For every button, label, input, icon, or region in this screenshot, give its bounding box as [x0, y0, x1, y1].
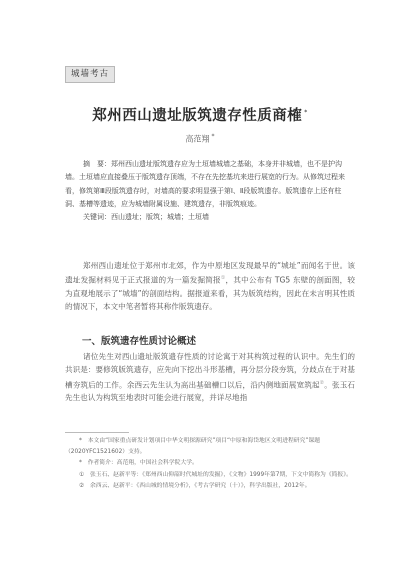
footnotes: * 本文由“国家重点研发计划项目中华文明探源研究”项目“中原和海岱地区文明进程研… — [65, 436, 355, 492]
title-text: 郑州西山遗址版筑遗存性质商榷 — [92, 108, 302, 124]
title-footnote-mark: * — [304, 109, 308, 116]
article-title: 郑州西山遗址版筑遗存性质商榷* — [0, 104, 400, 125]
abstract: 摘 要：郑州西山遗址版筑遗存应为土垣墙城墙之基础，本身并非城墙，也不是护沟墙。土… — [65, 158, 355, 224]
abstract-paragraph: 摘 要：郑州西山遗址版筑遗存应为土垣墙城墙之基础，本身并非城墙，也不是护沟墙。土… — [65, 158, 355, 211]
author-footnote-mark: * — [212, 133, 215, 140]
body-paragraph-2: 诸位先生对西山遗址版筑遗存性质的讨论寓于对其构筑过程的认识中。先生们的共识是：要… — [65, 350, 355, 405]
keywords-line: 关键词：西山遗址；版筑；城墙；土垣墙 — [65, 211, 355, 224]
footnote-funding: * 本文由“国家重点研发计划项目中华文明探源研究”项目“中原和海岱地区文明进程研… — [65, 436, 355, 458]
keywords-label: 关键词： — [83, 213, 111, 221]
paragraph-text: 诸位先生对西山遗址版筑遗存性质的讨论寓于对其构筑过程的认识中。先生们的共识是：要… — [65, 352, 355, 389]
footnote-1: ① 张玉石、赵新平等：《郑州西山仰韶时代城址的发掘》，《文物》1999年第7期，… — [65, 470, 355, 481]
footnote-divider — [65, 432, 129, 433]
footnote-author-bio: * 作者简介：高范翔，中国社会科学院大学。 — [65, 458, 355, 469]
section-heading-1: 一、版筑遗存性质讨论概述 — [82, 333, 196, 347]
abstract-label: 摘 要： — [83, 160, 111, 168]
author-name: 高范翔 — [186, 135, 210, 144]
body-paragraph-1: 郑州西山遗址位于郑州市北郊，作为中原地区发现最早的“城址”而闻名于世。该遗址发掘… — [65, 259, 355, 314]
article-author: 高范翔* — [0, 133, 400, 145]
keywords-text: 西山遗址；版筑；城墙；土垣墙 — [111, 213, 209, 221]
column-tag: 城墙考古 — [65, 66, 115, 83]
footnote-2: ② 余西云、赵新平：《西山城的情境分析》，《考古学研究（十）》，科学出版社，20… — [65, 481, 355, 492]
